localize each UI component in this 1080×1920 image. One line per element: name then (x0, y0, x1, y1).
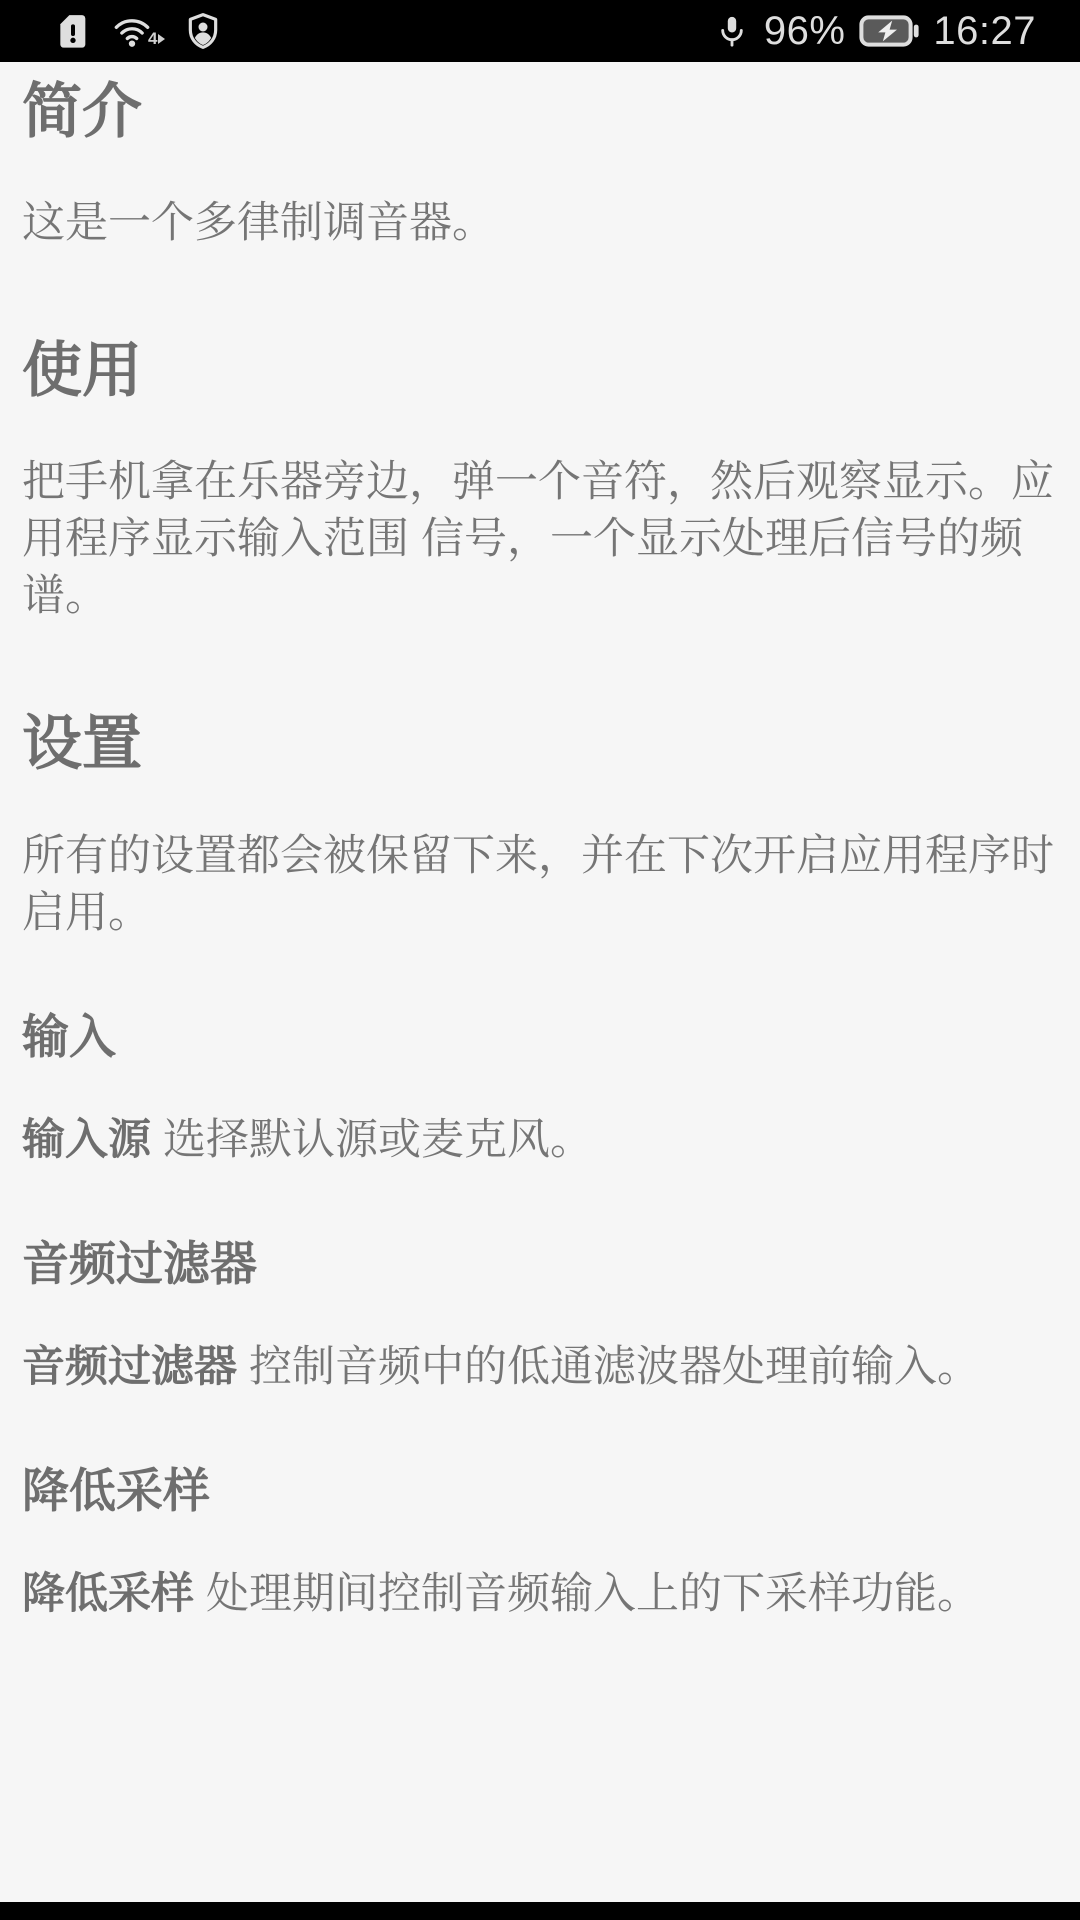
battery-percent: 96% (764, 11, 846, 51)
paragraph-text: 选择默认源或麦克风。 (163, 1116, 593, 1164)
heading-intro: 简介 (22, 78, 1058, 145)
help-document[interactable]: 简介 这是一个多律制调音器。 使用 把手机拿在乐器旁边，弹一个音符，然后观察显示… (0, 62, 1080, 1902)
paragraph-input-source: 输入源 选择默认源或麦克风。 (22, 1112, 1058, 1169)
microphone-icon (714, 11, 750, 51)
paragraph-text: 这是一个多律制调音器。 (22, 199, 495, 247)
paragraph-text: 控制音频中的低通滤波器处理前输入。 (249, 1343, 980, 1391)
sim-alert-icon (52, 11, 92, 51)
heading-downsample: 降低采样 (22, 1464, 1058, 1518)
heading-audio-filter: 音频过滤器 (22, 1237, 1058, 1291)
paragraph-lead: 输入源 (22, 1116, 151, 1164)
status-bar: 4 96% 16:27 (0, 0, 1080, 62)
paragraph-text: 所有的设置都会被保留下来，并在下次开启应用程序时启用。 (22, 832, 1054, 937)
paragraph-text: 把手机拿在乐器旁边，弹一个音符，然后观察显示。应用程序显示输入范围 信号，一个显… (22, 458, 1054, 620)
paragraph-intro: 这是一个多律制调音器。 (22, 195, 1058, 252)
heading-settings: 设置 (22, 710, 1058, 777)
status-bar-right: 96% 16:27 (714, 11, 1036, 51)
paragraph-usage: 把手机拿在乐器旁边，弹一个音符，然后观察显示。应用程序显示输入范围 信号，一个显… (22, 454, 1058, 625)
paragraph-text: 处理期间控制音频输入上的下采样功能。 (206, 1570, 980, 1618)
paragraph-lead: 降低采样 (22, 1570, 194, 1618)
paragraph-settings: 所有的设置都会被保留下来，并在下次开启应用程序时启用。 (22, 828, 1058, 942)
phone-screen: 4 96% 16:27 简介 这 (0, 0, 1080, 1920)
wifi-badge: 4 (148, 29, 165, 49)
heading-usage: 使用 (22, 337, 1058, 404)
status-bar-left: 4 (52, 11, 223, 51)
heading-input: 输入 (22, 1010, 1058, 1064)
clock: 16:27 (933, 11, 1036, 51)
paragraph-downsample: 降低采样 处理期间控制音频输入上的下采样功能。 (22, 1566, 1058, 1623)
paragraph-audio-filter: 音频过滤器 控制音频中的低通滤波器处理前输入。 (22, 1339, 1058, 1396)
battery-charging-icon (859, 15, 919, 47)
vpn-profile-icon (183, 11, 223, 51)
wifi-status: 4 (110, 11, 165, 51)
paragraph-lead: 音频过滤器 (22, 1343, 237, 1391)
bottom-nav-strip (0, 1902, 1080, 1920)
